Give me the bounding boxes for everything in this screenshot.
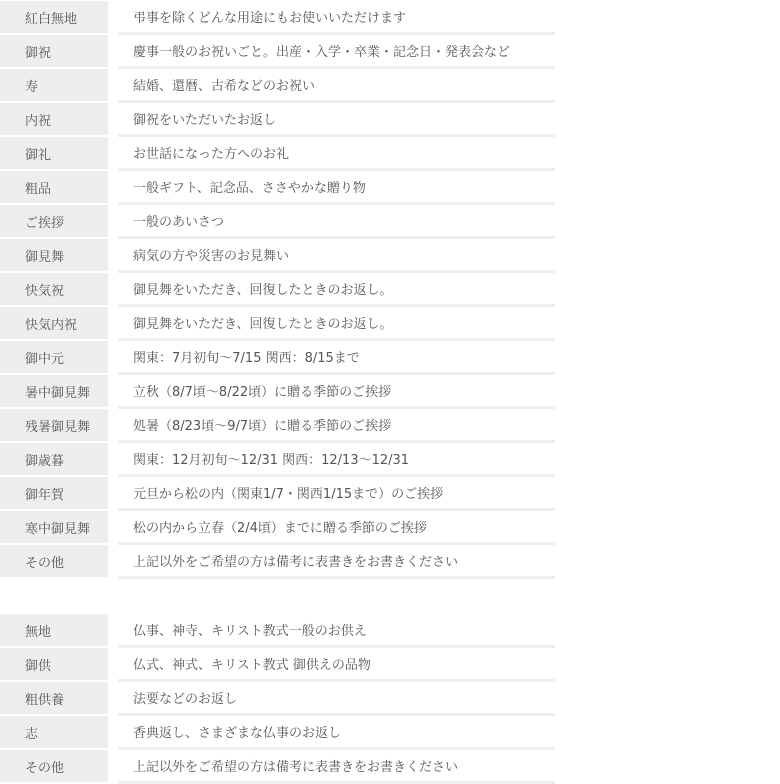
row-label: 紅白無地 bbox=[0, 1, 108, 35]
row-description: 御祝をいただいたお返し bbox=[118, 103, 555, 137]
row-description: 弔事を除くどんな用途にもお使いいただけます bbox=[118, 1, 555, 35]
row-label: 御祝 bbox=[0, 35, 108, 69]
row-description: 慶事一般のお祝いごと。出産・入学・卒業・記念日・発表会など bbox=[118, 35, 555, 69]
row-description: お世話になった方へのお礼 bbox=[118, 137, 555, 171]
row-label: 御年賀 bbox=[0, 477, 108, 511]
row-label: 寒中御見舞 bbox=[0, 511, 108, 545]
row-description: 結婚、還暦、古希などのお祝い bbox=[118, 69, 555, 103]
row-description: 立秋（8/7頃～8/22頃）に贈る季節のご挨拶 bbox=[118, 375, 555, 409]
row-label: 快気祝 bbox=[0, 273, 108, 307]
row-description: 処暑（8/23頃～9/7頃）に贈る季節のご挨拶 bbox=[118, 409, 555, 443]
table-row: その他上記以外をご希望の方は備考に表書きをお書きください bbox=[0, 545, 560, 579]
table-row: ご挨拶一般のあいさつ bbox=[0, 205, 560, 239]
row-description: 仏事、神寺、キリスト教式一般のお供え bbox=[118, 614, 555, 648]
row-description: 松の内から立春（2/4頃）までに贈る季節のご挨拶 bbox=[118, 511, 555, 545]
row-label: その他 bbox=[0, 750, 108, 783]
row-label: 無地 bbox=[0, 614, 108, 648]
row-description: 病気の方や災害のお見舞い bbox=[118, 239, 555, 273]
row-label: 残暑御見舞 bbox=[0, 409, 108, 443]
table-row: 御祝慶事一般のお祝いごと。出産・入学・卒業・記念日・発表会など bbox=[0, 35, 560, 69]
table-row: 粗品一般ギフト、記念品、ささやかな贈り物 bbox=[0, 171, 560, 205]
table-row: 御見舞病気の方や災害のお見舞い bbox=[0, 239, 560, 273]
row-description: 関東：7月初旬～7/15 関西：8/15まで bbox=[118, 341, 555, 375]
table-row: 紅白無地弔事を除くどんな用途にもお使いいただけます bbox=[0, 1, 560, 35]
table-row: 御年賀元旦から松の内（関東1/7・関西1/15まで）のご挨拶 bbox=[0, 477, 560, 511]
row-label: 御中元 bbox=[0, 341, 108, 375]
table-row: 快気内祝御見舞をいただき、回復したときのお返し。 bbox=[0, 307, 560, 341]
row-description: 一般ギフト、記念品、ささやかな贈り物 bbox=[118, 171, 555, 205]
row-description: 香典返し、さまざまな仏事のお返し bbox=[118, 716, 555, 750]
table-row: 志香典返し、さまざまな仏事のお返し bbox=[0, 716, 560, 750]
row-label: 御見舞 bbox=[0, 239, 108, 273]
row-description: 元旦から松の内（関東1/7・関西1/15まで）のご挨拶 bbox=[118, 477, 555, 511]
row-description: 法要などのお返し bbox=[118, 682, 555, 716]
row-description: 仏式、神式、キリスト教式 御供えの品物 bbox=[118, 648, 555, 682]
table-row: 寒中御見舞松の内から立春（2/4頃）までに贈る季節のご挨拶 bbox=[0, 511, 560, 545]
table-row: 内祝御祝をいただいたお返し bbox=[0, 103, 560, 137]
row-label: 御歳暮 bbox=[0, 443, 108, 477]
row-label: 御供 bbox=[0, 648, 108, 682]
row-label: 暑中御見舞 bbox=[0, 375, 108, 409]
condolence-noshi-table: 無地仏事、神寺、キリスト教式一般のお供え御供仏式、神式、キリスト教式 御供えの品… bbox=[0, 614, 560, 783]
row-description: 御見舞をいただき、回復したときのお返し。 bbox=[118, 273, 555, 307]
table-row: 快気祝御見舞をいただき、回復したときのお返し。 bbox=[0, 273, 560, 307]
table-row: 御歳暮関東：12月初旬～12/31 関西：12/13～12/31 bbox=[0, 443, 560, 477]
row-label: 志 bbox=[0, 716, 108, 750]
table-row: 寿結婚、還暦、古希などのお祝い bbox=[0, 69, 560, 103]
row-description: 上記以外をご希望の方は備考に表書きをお書きください bbox=[118, 750, 555, 783]
row-description: 関東：12月初旬～12/31 関西：12/13～12/31 bbox=[118, 443, 555, 477]
table-row: 御礼お世話になった方へのお礼 bbox=[0, 137, 560, 171]
row-label: 快気内祝 bbox=[0, 307, 108, 341]
row-description: 上記以外をご希望の方は備考に表書きをお書きください bbox=[118, 545, 555, 579]
table-row: 残暑御見舞処暑（8/23頃～9/7頃）に贈る季節のご挨拶 bbox=[0, 409, 560, 443]
row-label: 内祝 bbox=[0, 103, 108, 137]
table-row: 粗供養法要などのお返し bbox=[0, 682, 560, 716]
table-row: 暑中御見舞立秋（8/7頃～8/22頃）に贈る季節のご挨拶 bbox=[0, 375, 560, 409]
row-label: その他 bbox=[0, 545, 108, 579]
row-description: 一般のあいさつ bbox=[118, 205, 555, 239]
row-description: 御見舞をいただき、回復したときのお返し。 bbox=[118, 307, 555, 341]
row-label: 粗品 bbox=[0, 171, 108, 205]
row-label: 粗供養 bbox=[0, 682, 108, 716]
row-label: 御礼 bbox=[0, 137, 108, 171]
celebration-noshi-table: 紅白無地弔事を除くどんな用途にもお使いいただけます御祝慶事一般のお祝いごと。出産… bbox=[0, 1, 560, 579]
table-row: その他上記以外をご希望の方は備考に表書きをお書きください bbox=[0, 750, 560, 783]
table-row: 御中元関東：7月初旬～7/15 関西：8/15まで bbox=[0, 341, 560, 375]
table-row: 御供仏式、神式、キリスト教式 御供えの品物 bbox=[0, 648, 560, 682]
row-label: 寿 bbox=[0, 69, 108, 103]
table-row: 無地仏事、神寺、キリスト教式一般のお供え bbox=[0, 614, 560, 648]
row-label: ご挨拶 bbox=[0, 205, 108, 239]
